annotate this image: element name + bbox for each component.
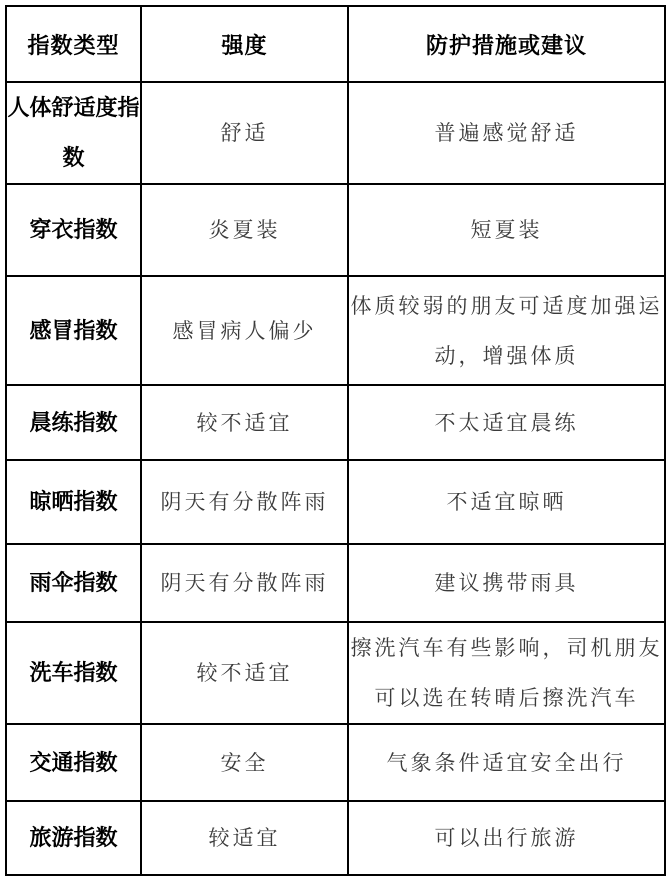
- table-body: 人体舒适度指数 舒适 普遍感觉舒适 穿衣指数 炎夏装 短夏装 感冒指数 感冒病人…: [6, 82, 665, 875]
- table-row: 晾晒指数 阴天有分散阵雨 不适宜晾晒: [6, 460, 665, 544]
- table-row: 交通指数 安全 气象条件适宜安全出行: [6, 724, 665, 801]
- advice-cell: 不适宜晾晒: [348, 460, 665, 544]
- strength-cell: 较不适宜: [141, 622, 348, 724]
- table-row: 旅游指数 较适宜 可以出行旅游: [6, 801, 665, 875]
- advice-cell: 气象条件适宜安全出行: [348, 724, 665, 801]
- strength-cell: 安全: [141, 724, 348, 801]
- table-row: 感冒指数 感冒病人偏少 体质较弱的朋友可适度加强运动，增强体质: [6, 276, 665, 385]
- page: 指数类型 强度 防护措施或建议 人体舒适度指数 舒适 普遍感觉舒适 穿衣指数 炎…: [0, 5, 669, 879]
- advice-cell: 可以出行旅游: [348, 801, 665, 875]
- advice-cell: 建议携带雨具: [348, 544, 665, 622]
- strength-cell: 阴天有分散阵雨: [141, 460, 348, 544]
- index-type-cell: 晨练指数: [6, 385, 141, 460]
- advice-cell: 擦洗汽车有些影响，司机朋友可以选在转晴后擦洗汽车: [348, 622, 665, 724]
- table-row: 雨伞指数 阴天有分散阵雨 建议携带雨具: [6, 544, 665, 622]
- col-header-index-type: 指数类型: [6, 6, 141, 82]
- strength-cell: 炎夏装: [141, 184, 348, 276]
- col-header-strength: 强度: [141, 6, 348, 82]
- table-row: 穿衣指数 炎夏装 短夏装: [6, 184, 665, 276]
- header-row: 指数类型 强度 防护措施或建议: [6, 6, 665, 82]
- index-type-cell: 雨伞指数: [6, 544, 141, 622]
- index-type-cell: 洗车指数: [6, 622, 141, 724]
- strength-cell: 较适宜: [141, 801, 348, 875]
- table-row: 晨练指数 较不适宜 不太适宜晨练: [6, 385, 665, 460]
- advice-cell: 普遍感觉舒适: [348, 82, 665, 184]
- strength-cell: 感冒病人偏少: [141, 276, 348, 385]
- col-header-advice: 防护措施或建议: [348, 6, 665, 82]
- table-row: 洗车指数 较不适宜 擦洗汽车有些影响，司机朋友可以选在转晴后擦洗汽车: [6, 622, 665, 724]
- index-type-cell: 穿衣指数: [6, 184, 141, 276]
- strength-cell: 舒适: [141, 82, 348, 184]
- weather-index-table: 指数类型 强度 防护措施或建议 人体舒适度指数 舒适 普遍感觉舒适 穿衣指数 炎…: [5, 5, 666, 876]
- index-type-cell: 人体舒适度指数: [6, 82, 141, 184]
- table-header: 指数类型 强度 防护措施或建议: [6, 6, 665, 82]
- advice-cell: 体质较弱的朋友可适度加强运动，增强体质: [348, 276, 665, 385]
- strength-cell: 阴天有分散阵雨: [141, 544, 348, 622]
- index-type-cell: 晾晒指数: [6, 460, 141, 544]
- index-type-cell: 旅游指数: [6, 801, 141, 875]
- strength-cell: 较不适宜: [141, 385, 348, 460]
- index-type-cell: 感冒指数: [6, 276, 141, 385]
- table-row: 人体舒适度指数 舒适 普遍感觉舒适: [6, 82, 665, 184]
- advice-cell: 短夏装: [348, 184, 665, 276]
- index-type-cell: 交通指数: [6, 724, 141, 801]
- advice-cell: 不太适宜晨练: [348, 385, 665, 460]
